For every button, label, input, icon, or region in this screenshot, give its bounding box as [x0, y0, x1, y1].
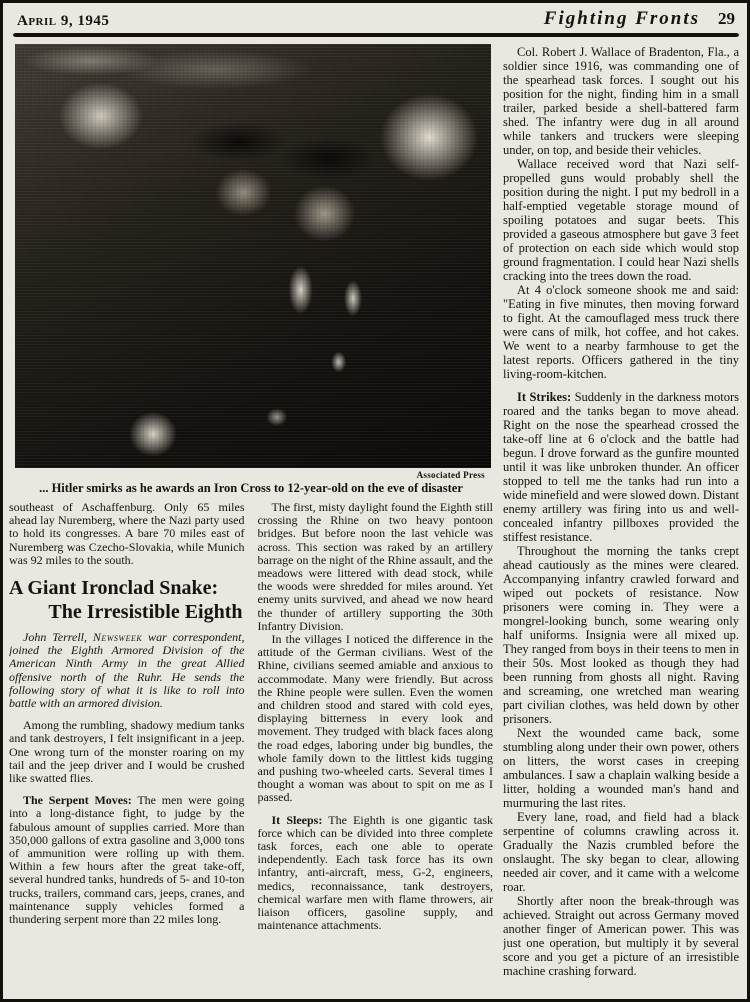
paragraph-it-strikes: It Strikes: Suddenly in the darkness mot… — [503, 390, 739, 544]
magazine-page: April 9, 1945 Fighting Fronts 29 Associa… — [0, 0, 750, 1002]
section-title: Fighting Fronts — [544, 8, 700, 30]
paragraph-text: At 4 o'clock someone shook me and said: … — [503, 283, 739, 381]
paragraph: Next the wounded came back, some stumbli… — [503, 726, 739, 810]
paragraph-text: southeast of Aschaffenburg. Only 65 mile… — [9, 501, 245, 567]
paragraph: Among the rumbling, shadowy medium tanks… — [9, 719, 245, 785]
section-lead: It Strikes: — [517, 390, 571, 404]
column-left: southeast of Aschaffenburg. Only 65 mile… — [9, 501, 245, 993]
photo-caption: ... Hitler smirks as he awards an Iron C… — [9, 480, 493, 501]
section-lead: The Serpent Moves: — [23, 793, 132, 807]
headline-line-1: A Giant Ironclad Snake: — [9, 576, 245, 600]
page-header: April 9, 1945 Fighting Fronts 29 — [3, 3, 747, 32]
article-headline: A Giant Ironclad Snake: The Irresistible… — [9, 576, 245, 624]
lower-columns: southeast of Aschaffenburg. Only 65 mile… — [9, 501, 493, 993]
newsweek-smallcaps: Newsweek — [93, 630, 142, 644]
paragraph: Col. Robert J. Wallace of Bradenton, Fla… — [503, 45, 739, 157]
headline-line-2: The Irresistible Eighth — [9, 600, 245, 624]
paragraph: At 4 o'clock someone shook me and said: … — [503, 283, 739, 381]
paragraph-text: The first, misty daylight found the Eigh… — [258, 501, 494, 633]
paragraph-text: Suddenly in the darkness motors roared a… — [503, 390, 739, 544]
paragraph-text: The men were going into a long-distance … — [9, 793, 245, 926]
paragraph-text: Wallace received word that Nazi self-pro… — [503, 157, 739, 283]
paragraph-text: The Eighth is one gigantic task force wh… — [258, 813, 494, 933]
photo-credit: Associated Press — [9, 468, 493, 480]
paragraph-text: Throughout the morning the tanks crept a… — [503, 544, 739, 726]
paragraph: In the villages I noticed the difference… — [258, 633, 494, 805]
page-number: 29 — [718, 9, 735, 29]
photo-and-columns-zone: Associated Press ... Hitler smirks as he… — [9, 44, 493, 993]
page-content: Associated Press ... Hitler smirks as he… — [3, 37, 747, 999]
paragraph-text: In the villages I noticed the difference… — [258, 632, 494, 804]
paragraph: The first, misty daylight found the Eigh… — [258, 501, 494, 633]
masthead: Fighting Fronts 29 — [544, 8, 735, 30]
paragraph-text: Shortly after noon the break-through was… — [503, 894, 739, 978]
paragraph-text: Col. Robert J. Wallace of Bradenton, Fla… — [503, 45, 739, 157]
section-lead: It Sleeps: — [272, 813, 323, 827]
hitler-iron-cross-photo — [15, 44, 491, 468]
article-lede: John Terrell, Newsweek war correspondent… — [9, 631, 245, 710]
paragraph-text: Among the rumbling, shadowy medium tanks… — [9, 718, 245, 785]
paragraph: Throughout the morning the tanks crept a… — [503, 544, 739, 726]
lede-text: John Terrell, — [23, 630, 93, 644]
column-middle: The first, misty daylight found the Eigh… — [258, 501, 494, 993]
paragraph-text: Every lane, road, and field had a black … — [503, 810, 739, 894]
paragraph-serpent-moves: The Serpent Moves: The men were going in… — [9, 794, 245, 926]
paragraph-it-sleeps: It Sleeps: The Eighth is one gigantic ta… — [258, 814, 494, 933]
paragraph: Every lane, road, and field had a black … — [503, 810, 739, 894]
paragraph-text: Next the wounded came back, some stumbli… — [503, 726, 739, 810]
column-right: Col. Robert J. Wallace of Bradenton, Fla… — [503, 44, 742, 993]
paragraph-continuation: southeast of Aschaffenburg. Only 65 mile… — [9, 501, 245, 567]
paragraph: Shortly after noon the break-through was… — [503, 894, 739, 978]
issue-date: April 9, 1945 — [17, 13, 109, 30]
paragraph: Wallace received word that Nazi self-pro… — [503, 157, 739, 283]
